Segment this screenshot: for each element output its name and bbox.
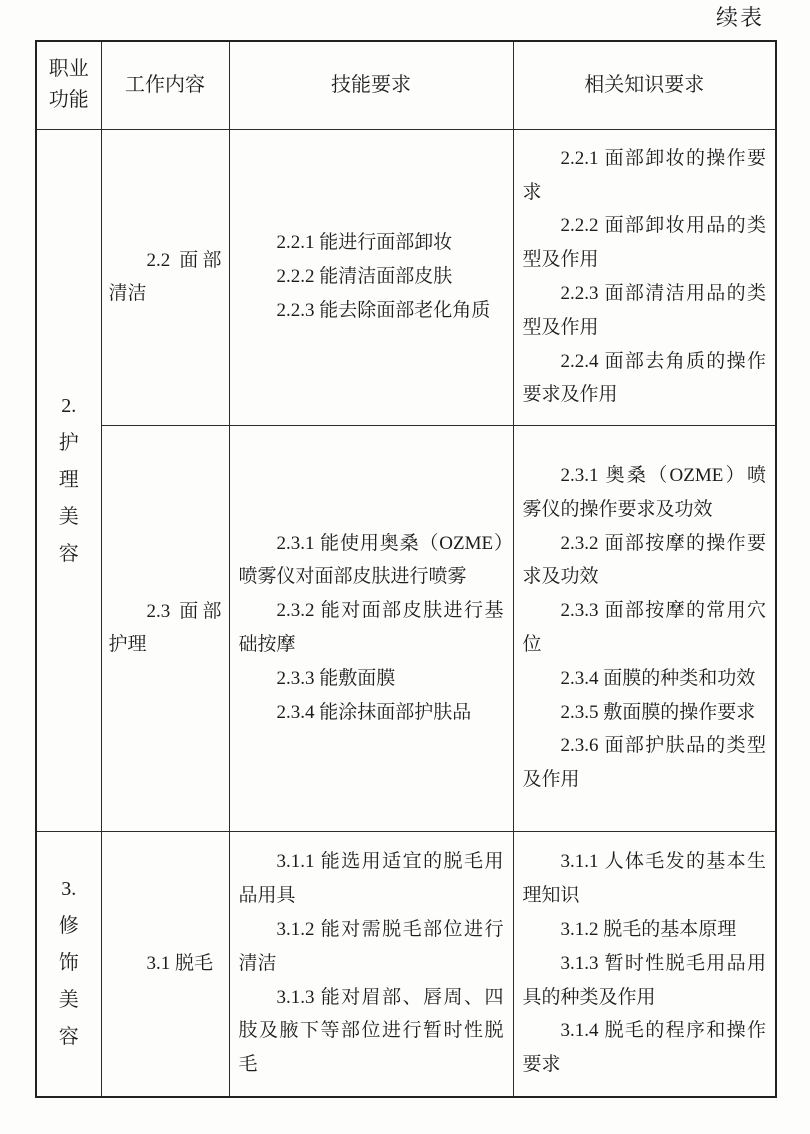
col-header-knowledge-requirements: 相关知识要求 bbox=[513, 41, 776, 129]
cell-skill-requirements: 3.1.1 能选用适宜的脱毛用品用具 3.1.2 能对需脱毛部位进行清洁 3.1… bbox=[229, 831, 513, 1097]
continued-table-label: 续表 bbox=[716, 1, 764, 32]
cell-skill-requirements: 2.3.1 能使用奥桑（OZME）喷雾仪对面部皮肤进行喷雾 2.3.2 能对面部… bbox=[229, 425, 513, 831]
cell-knowledge-requirements: 2.2.1 面部卸妆的操作要求 2.2.2 面部卸妆用品的类型及作用 2.2.3… bbox=[513, 129, 776, 425]
cell-function-decorative-beauty: 3. 修 饰 美 容 bbox=[36, 831, 101, 1097]
work-content-label: 3.1 脱毛 bbox=[109, 947, 222, 980]
knowledge-item: 3.1.4 脱毛的程序和操作要求 bbox=[523, 1014, 767, 1082]
skill-item: 2.2.1 能进行面部卸妆 bbox=[239, 226, 504, 260]
skill-item: 2.2.2 能清洁面部皮肤 bbox=[239, 260, 504, 294]
cell-work-content: 2.2 面部清洁 bbox=[101, 129, 229, 425]
knowledge-item: 2.2.1 面部卸妆的操作要求 bbox=[523, 142, 767, 210]
col-header-work-content: 工作内容 bbox=[101, 41, 229, 129]
header-row: 职业 功能 工作内容 技能要求 相关知识要求 bbox=[36, 41, 776, 129]
table-row: 3. 修 饰 美 容 3.1 脱毛 3.1.1 能选用适宜的脱毛用品用具 3.1… bbox=[36, 831, 776, 1097]
knowledge-item: 3.1.2 脱毛的基本原理 bbox=[523, 913, 767, 947]
skill-item: 3.1.2 能对需脱毛部位进行清洁 bbox=[239, 913, 504, 981]
col-header-occupation-function: 职业 功能 bbox=[36, 41, 101, 129]
table-row: 2. 护 理 美 容 2.2 面部清洁 2.2.1 能进行面部卸妆 2.2.2 … bbox=[36, 129, 776, 425]
cell-knowledge-requirements: 3.1.1 人体毛发的基本生理知识 3.1.2 脱毛的基本原理 3.1.3 暂时… bbox=[513, 831, 776, 1097]
knowledge-item: 2.3.6 面部护肤品的类型及作用 bbox=[523, 729, 767, 797]
knowledge-item: 3.1.1 人体毛发的基本生理知识 bbox=[523, 845, 767, 913]
knowledge-item: 2.2.3 面部清洁用品的类型及作用 bbox=[523, 277, 767, 345]
knowledge-item: 3.1.3 暂时性脱毛用品用具的种类及作用 bbox=[523, 947, 767, 1015]
table-row: 2.3 面部护理 2.3.1 能使用奥桑（OZME）喷雾仪对面部皮肤进行喷雾 2… bbox=[36, 425, 776, 831]
cell-function-care-beauty: 2. 护 理 美 容 bbox=[36, 129, 101, 831]
skill-item: 3.1.1 能选用适宜的脱毛用品用具 bbox=[239, 845, 504, 913]
knowledge-item: 2.3.3 面部按摩的常用穴位 bbox=[523, 594, 767, 662]
cell-knowledge-requirements: 2.3.1 奥桑（OZME）喷雾仪的操作要求及功效 2.3.2 面部按摩的操作要… bbox=[513, 425, 776, 831]
knowledge-item: 2.3.4 面膜的种类和功效 bbox=[523, 662, 767, 696]
skill-item: 2.2.3 能去除面部老化角质 bbox=[239, 294, 504, 328]
work-content-label: 2.3 面部护理 bbox=[109, 595, 222, 662]
cell-work-content: 2.3 面部护理 bbox=[101, 425, 229, 831]
occupational-standard-table: 职业 功能 工作内容 技能要求 相关知识要求 2. 护 理 美 容 2.2 面部… bbox=[35, 40, 777, 1098]
col-header-skill-requirements: 技能要求 bbox=[229, 41, 513, 129]
knowledge-item: 2.3.1 奥桑（OZME）喷雾仪的操作要求及功效 bbox=[523, 459, 767, 527]
knowledge-item: 2.2.2 面部卸妆用品的类型及作用 bbox=[523, 209, 767, 277]
knowledge-item: 2.3.2 面部按摩的操作要求及功效 bbox=[523, 527, 767, 595]
work-content-label: 2.2 面部清洁 bbox=[109, 244, 222, 311]
skill-item: 2.3.1 能使用奥桑（OZME）喷雾仪对面部皮肤进行喷雾 bbox=[239, 527, 504, 595]
cell-work-content: 3.1 脱毛 bbox=[101, 831, 229, 1097]
knowledge-item: 2.3.5 敷面膜的操作要求 bbox=[523, 696, 767, 730]
skill-item: 3.1.3 能对眉部、唇周、四肢及腋下等部位进行暂时性脱毛 bbox=[239, 981, 504, 1082]
document-page: 续表 职业 功能 工作内容 技能要求 相关知识要求 2. 护 理 美 容 2.2… bbox=[0, 0, 810, 1134]
skill-item: 2.3.2 能对面部皮肤进行基础按摩 bbox=[239, 594, 504, 662]
skill-item: 2.3.4 能涂抹面部护肤品 bbox=[239, 696, 504, 730]
cell-skill-requirements: 2.2.1 能进行面部卸妆 2.2.2 能清洁面部皮肤 2.2.3 能去除面部老… bbox=[229, 129, 513, 425]
skill-item: 2.3.3 能敷面膜 bbox=[239, 662, 504, 696]
knowledge-item: 2.2.4 面部去角质的操作要求及作用 bbox=[523, 345, 767, 413]
